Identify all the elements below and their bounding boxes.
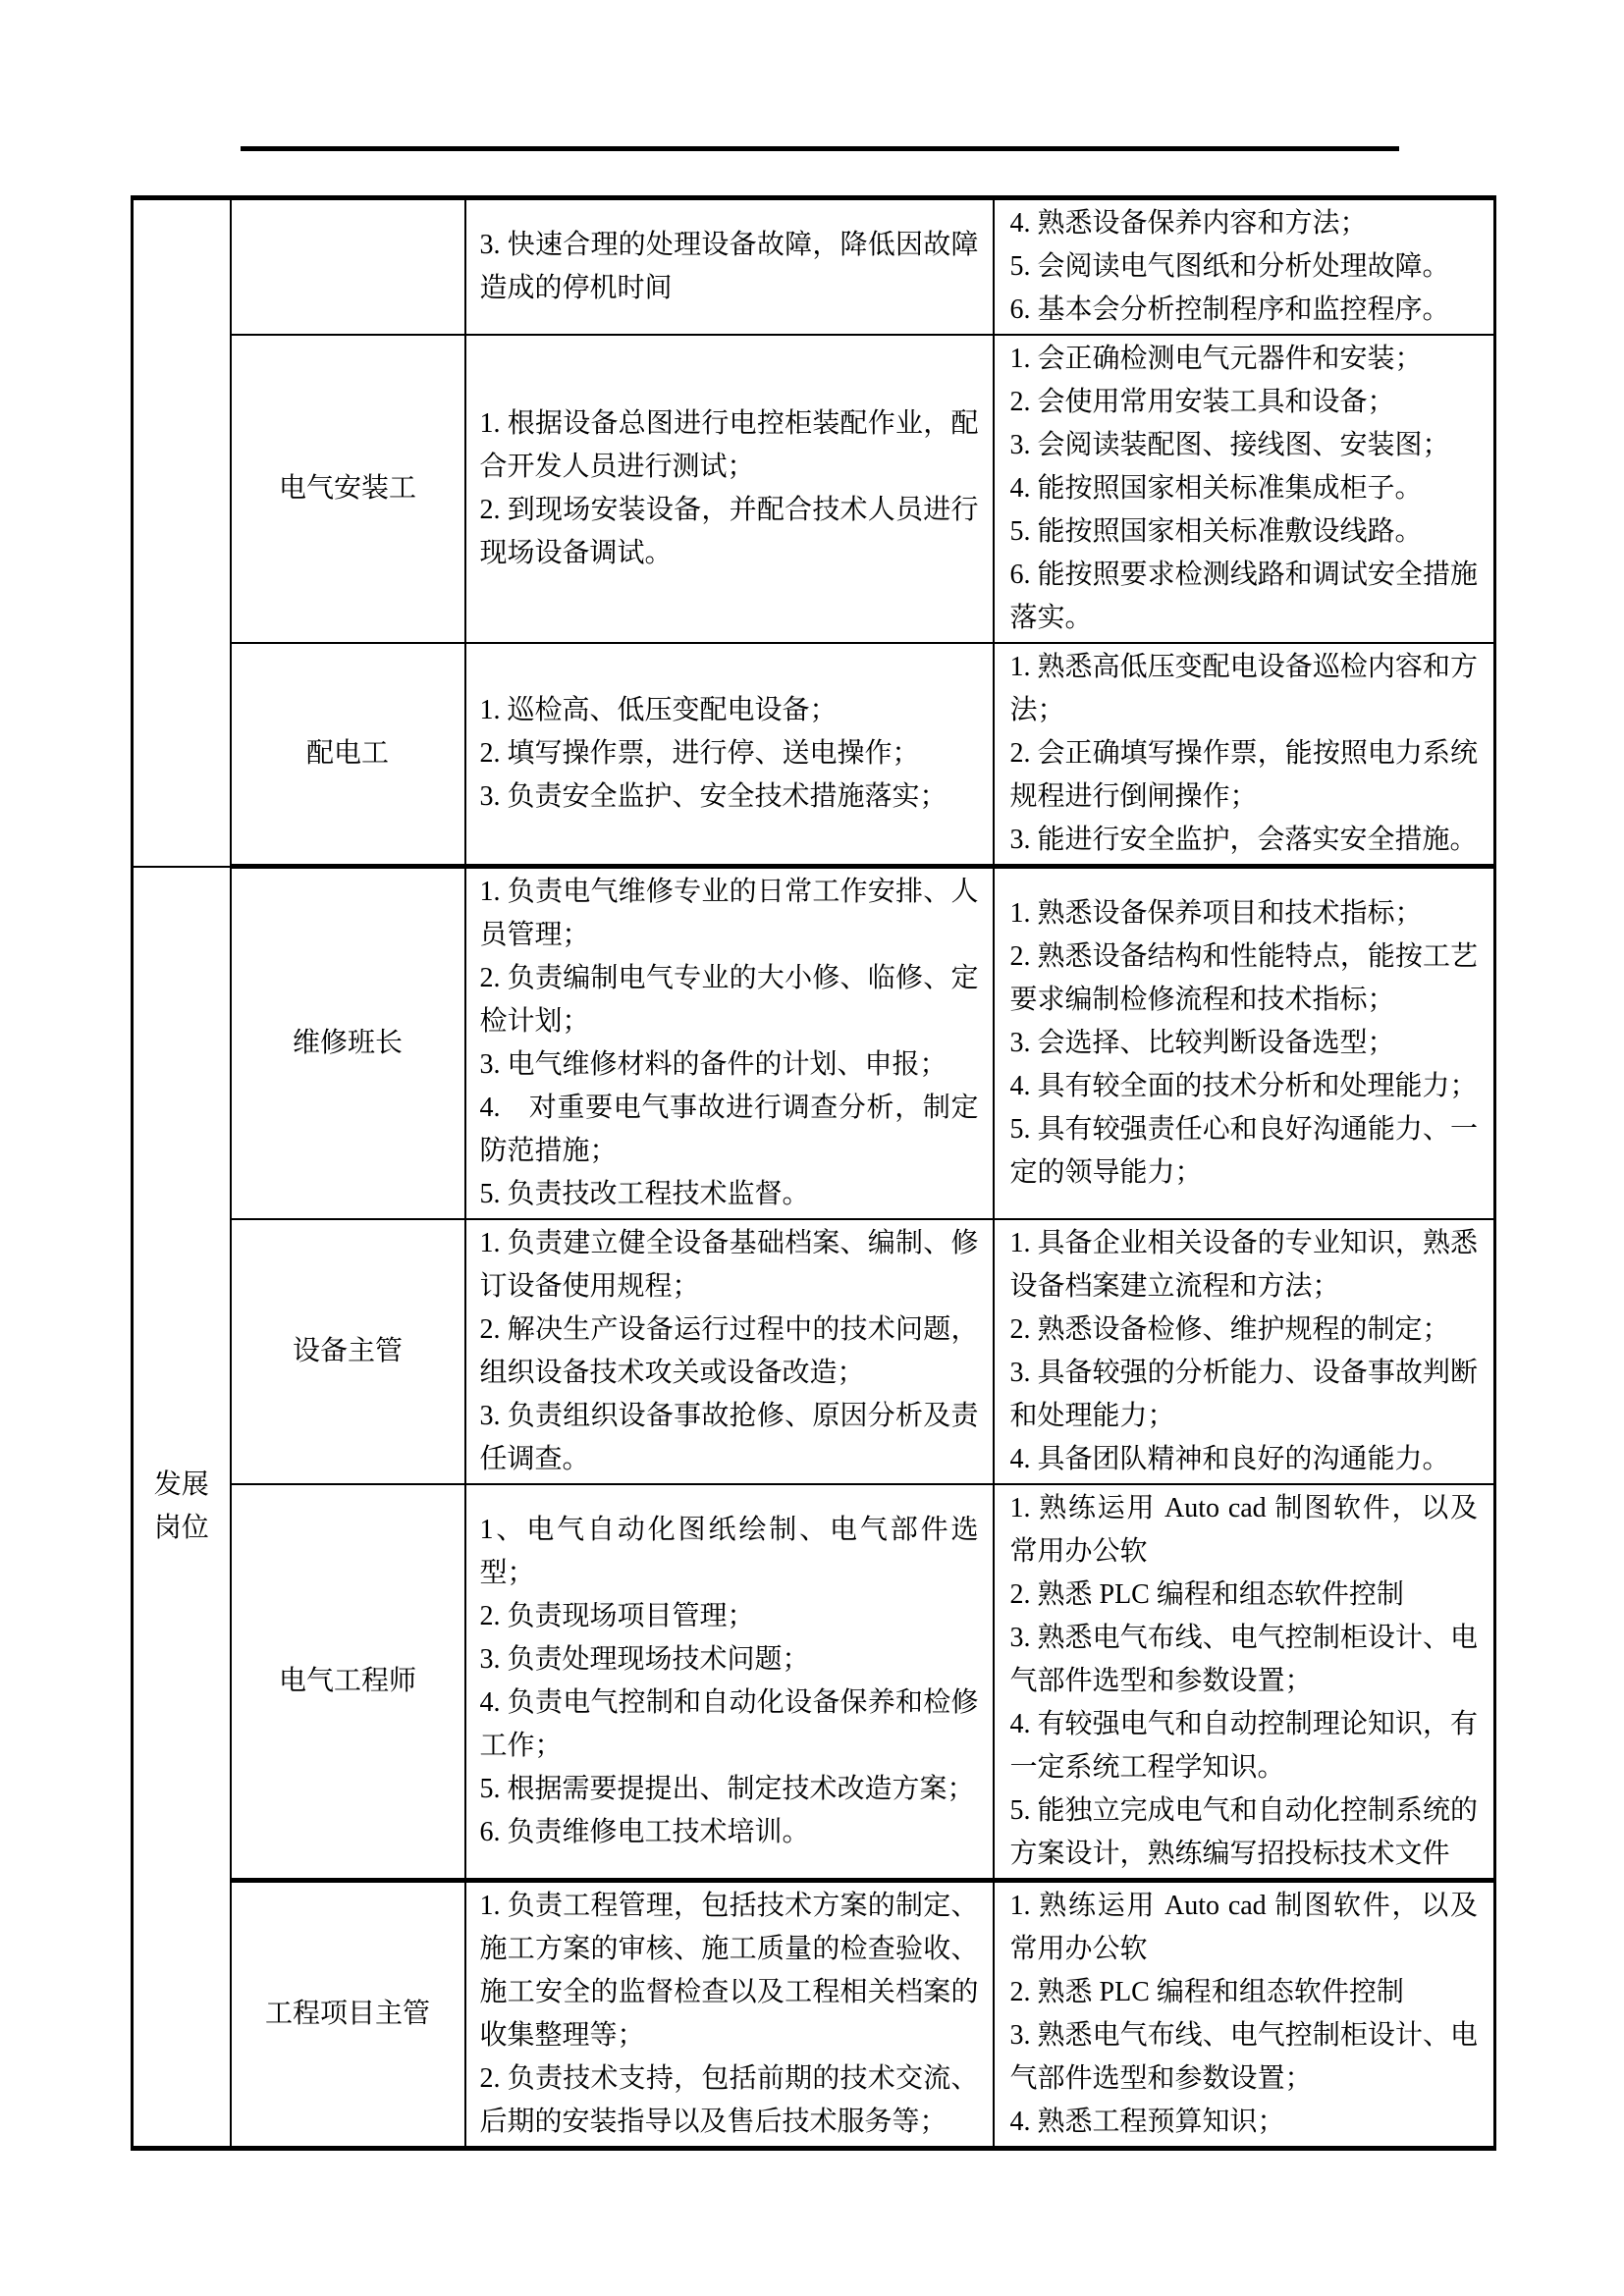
duty-item: 2. 解决生产设备运行过程中的技术问题，组织设备技术攻关或设备改造；: [480, 1308, 979, 1395]
requirement-item: 3. 会阅读装配图、接线图、安装图；: [1010, 424, 1479, 467]
position-cell: 工程项目主管: [231, 1881, 465, 2149]
requirement-item: 1. 具备企业相关设备的专业知识，熟悉设备档案建立流程和方法；: [1010, 1222, 1479, 1308]
requirement-item: 1. 熟练运用 Auto cad 制图软件，以及常用办公软: [1010, 1487, 1479, 1574]
position-cell: 电气安装工: [231, 335, 465, 643]
position-cell: 配电工: [231, 643, 465, 867]
requirements-cell: 1. 熟练运用 Auto cad 制图软件，以及常用办公软 2. 熟悉 PLC …: [994, 1484, 1495, 1881]
positions-table: 3. 快速合理的处理设备故障，降低因故障造成的停机时间 4. 熟悉设备保养内容和…: [131, 195, 1496, 2151]
category-label: 发展岗位: [154, 1464, 209, 1550]
requirement-item: 2. 会使用常用安装工具和设备；: [1010, 381, 1479, 424]
table-row: 发展岗位 维修班长 1. 负责电气维修专业的日常工作安排、人员管理； 2. 负责…: [133, 867, 1495, 1220]
duties-cell: 1. 巡检高、低压变配电设备； 2. 填写操作票，进行停、送电操作； 3. 负责…: [465, 643, 994, 867]
table-row: 3. 快速合理的处理设备故障，降低因故障造成的停机时间 4. 熟悉设备保养内容和…: [133, 198, 1495, 336]
table-row: 电气工程师 1、电气自动化图纸绘制、电气部件选型； 2. 负责现场项目管理； 3…: [133, 1484, 1495, 1881]
requirement-item: 2. 熟悉 PLC 编程和组态软件控制: [1010, 1574, 1479, 1617]
requirement-item: 5. 能按照国家相关标准敷设线路。: [1010, 510, 1479, 554]
requirement-item: 3. 熟悉电气布线、电气控制柜设计、电气部件选型和参数设置；: [1010, 2014, 1479, 2101]
duties-cell: 1、电气自动化图纸绘制、电气部件选型； 2. 负责现场项目管理； 3. 负责处理…: [465, 1484, 994, 1881]
requirement-item: 1. 熟悉高低压变配电设备巡检内容和方法；: [1010, 646, 1479, 732]
duty-item: 1. 巡检高、低压变配电设备；: [480, 689, 979, 732]
duty-item: 2. 负责现场项目管理；: [480, 1595, 979, 1638]
duties-cell: 1. 负责工程管理，包括技术方案的制定、施工方案的审核、施工质量的检查验收、施工…: [465, 1881, 994, 2149]
requirements-cell: 4. 熟悉设备保养内容和方法； 5. 会阅读电气图纸和分析处理故障。 6. 基本…: [994, 198, 1495, 336]
requirement-item: 5. 会阅读电气图纸和分析处理故障。: [1010, 245, 1479, 289]
requirement-item: 6. 能按照要求检测线路和调试安全措施落实。: [1010, 554, 1479, 640]
duty-item: 4. 负责电气控制和自动化设备保养和检修工作；: [480, 1682, 979, 1768]
requirements-cell: 1. 熟悉高低压变配电设备巡检内容和方法； 2. 会正确填写操作票，能按照电力系…: [994, 643, 1495, 867]
position-cell: 维修班长: [231, 867, 465, 1220]
duty-item: 5. 根据需要提提出、制定技术改造方案；: [480, 1768, 979, 1811]
position-cell: 电气工程师: [231, 1484, 465, 1881]
document-page: 3. 快速合理的处理设备故障，降低因故障造成的停机时间 4. 熟悉设备保养内容和…: [0, 0, 1624, 2296]
requirements-cell: 1. 熟悉设备保养项目和技术指标； 2. 熟悉设备结构和性能特点，能按工艺要求编…: [994, 867, 1495, 1220]
requirement-item: 3. 熟悉电气布线、电气控制柜设计、电气部件选型和参数设置；: [1010, 1617, 1479, 1703]
requirement-item: 5. 能独立完成电气和自动化控制系统的方案设计，熟练编写招投标技术文件: [1010, 1789, 1479, 1876]
requirement-item: 4. 熟悉工程预算知识；: [1010, 2101, 1479, 2144]
duty-item: 3. 负责处理现场技术问题；: [480, 1638, 979, 1682]
category-cell-development: 发展岗位: [133, 867, 231, 2149]
requirements-cell: 1. 具备企业相关设备的专业知识，熟悉设备档案建立流程和方法； 2. 熟悉设备检…: [994, 1219, 1495, 1484]
requirement-item: 4. 熟悉设备保养内容和方法；: [1010, 202, 1479, 245]
requirement-item: 3. 能进行安全监护，会落实安全措施。: [1010, 819, 1479, 862]
duty-item: 2. 负责技术支持，包括前期的技术交流、后期的安装指导以及售后技术服务等；: [480, 2057, 979, 2144]
requirement-item: 2. 熟悉设备检修、维护规程的制定；: [1010, 1308, 1479, 1352]
duty-item: 1、电气自动化图纸绘制、电气部件选型；: [480, 1509, 979, 1595]
requirement-item: 4. 具备团队精神和良好的沟通能力。: [1010, 1438, 1479, 1481]
requirement-item: 1. 会正确检测电气元器件和安装；: [1010, 338, 1479, 381]
position-cell: 设备主管: [231, 1219, 465, 1484]
table-row: 电气安装工 1. 根据设备总图进行电控柜装配作业，配合开发人员进行测试； 2. …: [133, 335, 1495, 643]
table-row: 工程项目主管 1. 负责工程管理，包括技术方案的制定、施工方案的审核、施工质量的…: [133, 1881, 1495, 2149]
table-row: 设备主管 1. 负责建立健全设备基础档案、编制、修订设备使用规程； 2. 解决生…: [133, 1219, 1495, 1484]
duty-item: 2. 负责编制电气专业的大小修、临修、定检计划；: [480, 957, 979, 1043]
duty-item: 6. 负责维修电工技术培训。: [480, 1811, 979, 1854]
requirement-item: 5. 具有较强责任心和良好沟通能力、一定的领导能力；: [1010, 1108, 1479, 1195]
requirements-cell: 1. 熟练运用 Auto cad 制图软件，以及常用办公软 2. 熟悉 PLC …: [994, 1881, 1495, 2149]
duties-cell: 1. 负责建立健全设备基础档案、编制、修订设备使用规程； 2. 解决生产设备运行…: [465, 1219, 994, 1484]
duties-cell: 1. 负责电气维修专业的日常工作安排、人员管理； 2. 负责编制电气专业的大小修…: [465, 867, 994, 1220]
category-cell-empty: [133, 198, 231, 867]
duty-item: 1. 根据设备总图进行电控柜装配作业，配合开发人员进行测试；: [480, 402, 979, 489]
header-rule: [241, 146, 1399, 151]
duty-item: 5. 负责技改工程技术监督。: [480, 1173, 979, 1216]
duty-item: 3. 负责安全监护、安全技术措施落实；: [480, 775, 979, 819]
requirement-item: 2. 会正确填写操作票，能按照电力系统规程进行倒闸操作；: [1010, 732, 1479, 819]
duty-item: 2. 到现场安装设备，并配合技术人员进行现场设备调试。: [480, 489, 979, 575]
requirement-item: 2. 熟悉 PLC 编程和组态软件控制: [1010, 1971, 1479, 2014]
duty-item: 3. 负责组织设备事故抢修、原因分析及责任调查。: [480, 1395, 979, 1481]
duty-item: 1. 负责电气维修专业的日常工作安排、人员管理；: [480, 871, 979, 957]
requirement-item: 6. 基本会分析控制程序和监控程序。: [1010, 289, 1479, 332]
requirement-item: 4. 能按照国家相关标准集成柜子。: [1010, 467, 1479, 510]
requirement-item: 4. 具有较全面的技术分析和处理能力；: [1010, 1065, 1479, 1108]
duty-item: 2. 填写操作票，进行停、送电操作；: [480, 732, 979, 775]
requirement-item: 1. 熟练运用 Auto cad 制图软件，以及常用办公软: [1010, 1885, 1479, 1971]
duty-item: 3. 电气维修材料的备件的计划、申报；: [480, 1043, 979, 1087]
duty-item: 1. 负责工程管理，包括技术方案的制定、施工方案的审核、施工质量的检查验收、施工…: [480, 1885, 979, 2057]
duties-cell: 1. 根据设备总图进行电控柜装配作业，配合开发人员进行测试； 2. 到现场安装设…: [465, 335, 994, 643]
position-cell: [231, 198, 465, 336]
requirements-cell: 1. 会正确检测电气元器件和安装； 2. 会使用常用安装工具和设备； 3. 会阅…: [994, 335, 1495, 643]
duty-item: 1. 负责建立健全设备基础档案、编制、修订设备使用规程；: [480, 1222, 979, 1308]
requirement-item: 1. 熟悉设备保养项目和技术指标；: [1010, 892, 1479, 935]
requirement-item: 3. 具备较强的分析能力、设备事故判断和处理能力；: [1010, 1352, 1479, 1438]
duties-cell: 3. 快速合理的处理设备故障，降低因故障造成的停机时间: [465, 198, 994, 336]
requirement-item: 2. 熟悉设备结构和性能特点，能按工艺要求编制检修流程和技术指标；: [1010, 935, 1479, 1022]
requirement-item: 3. 会选择、比较判断设备选型；: [1010, 1022, 1479, 1065]
duty-item: 3. 快速合理的处理设备故障，降低因故障造成的停机时间: [480, 224, 979, 310]
requirement-item: 4. 有较强电气和自动控制理论知识，有一定系统工程学知识。: [1010, 1703, 1479, 1789]
table-row: 配电工 1. 巡检高、低压变配电设备； 2. 填写操作票，进行停、送电操作； 3…: [133, 643, 1495, 867]
duty-item: 4. 对重要电气事故进行调查分析，制定防范措施；: [480, 1087, 979, 1173]
